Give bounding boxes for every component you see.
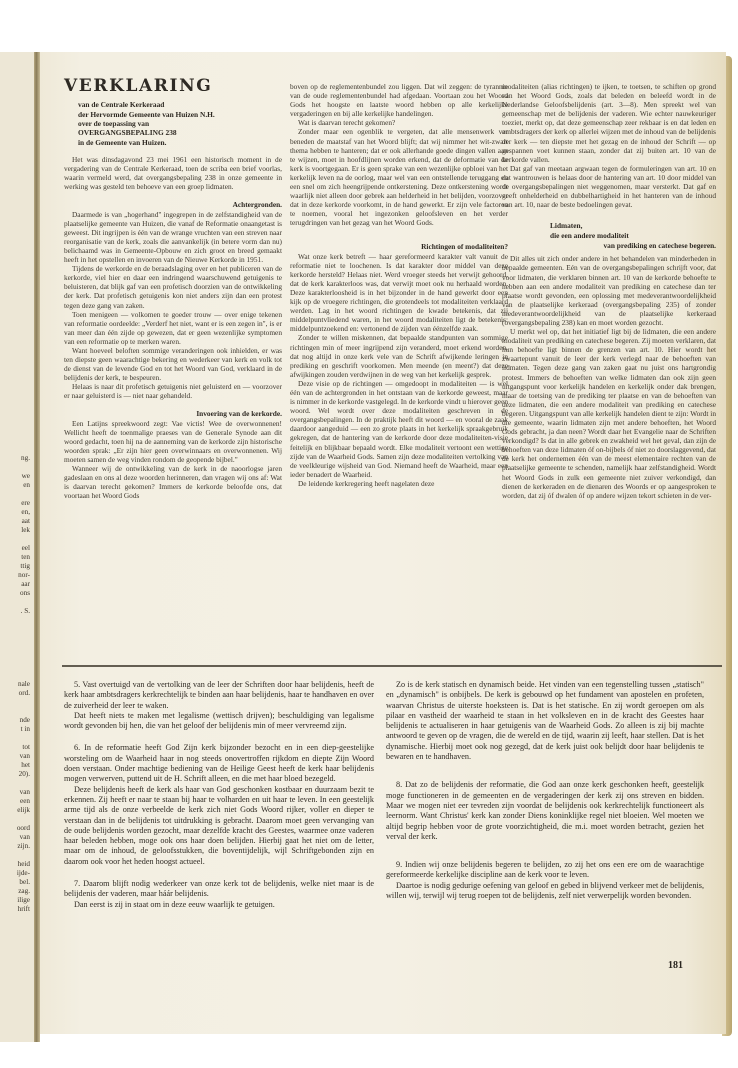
previous-page-edge: ng. we en ere en, aat lek eel ten ttig n… [0,52,35,1042]
section-heading: Invoering van de kerkorde. [64,409,282,418]
paragraph: Dan eerst is zij in staat om in deze eeu… [64,900,374,910]
declaration-column-right: Zo is de kerk statisch en dynamisch beid… [386,680,704,901]
previous-page-text-upper: ng. we en ere en, aat lek eel ten ttig n… [18,454,30,616]
paragraph: Zonder te willen miskennen, dat bepaalde… [290,333,508,378]
page-number: 181 [668,960,683,971]
article-column-3: modaliteiten (alias richtingen) te ijken… [502,82,716,500]
previous-page-text-lower: nale ord. nde t in tot van het 20). van … [17,680,30,914]
intro-line: in de Gemeente van Huizen. [78,138,282,147]
paragraph: Een Latijns spreekwoord zegt: Vae victis… [64,419,282,464]
paragraph: boven op de reglementenbundel zou liggen… [290,82,508,118]
intro-line: der Hervormde Gemeente van Huizen N.H. [78,110,282,119]
paragraph: Zo is de kerk statisch en dynamisch beid… [386,680,704,762]
section-heading: Achtergronden. [64,200,282,209]
paragraph: Het was dinsdagavond 23 mei 1961 een his… [64,155,282,191]
paragraph: modaliteiten (alias richtingen) te ijken… [502,82,716,164]
numbered-point-8: 8. Dat zo de belijdenis der reformatie, … [386,780,704,842]
paragraph: Want hoeveel beloften sommige veranderin… [64,346,282,382]
paragraph: Zonder maar een ogenblik te vergeten, da… [290,127,508,227]
section-divider [62,665,722,667]
declaration-column-left: 5. Vast overtuigd van de vertolking van … [64,680,374,910]
intro-line: OVERGANGSBEPALING 238 [78,128,282,137]
paragraph: Daarmede is van „hogerhand" ingegrepen i… [64,210,282,265]
paragraph: Wat is daarvan terecht gekomen? [290,118,508,127]
paragraph: Dit alles uit zich onder andere in het b… [502,254,716,327]
paragraph: Deze belijdenis heeft de kerk als haar v… [64,785,374,867]
paragraph: Helaas is naar dit profetisch getuigenis… [64,382,282,400]
numbered-point-5: 5. Vast overtuigd van de vertolking van … [64,680,374,711]
heading-line: van prediking en catechese begeren. [550,241,716,251]
paragraph: Dat gaf van meetaan argwaan tegen de for… [502,164,716,209]
article-title: VERKLARING [64,82,282,91]
heading-line: die een andere modaliteit [550,231,716,241]
numbered-point-9: 9. Indien wij onze belijdenis begeren te… [386,860,704,881]
paragraph: Wat onze kerk betreft — haar gereformeer… [290,252,508,334]
article-column-1: VERKLARING van de Centrale Kerkeraad der… [64,82,282,501]
paragraph: U merkt wel op, dat het initiatief ligt … [502,327,716,500]
section-heading: Richtingen of modaliteiten? [290,242,508,251]
paragraph: De leidende kerkregering heeft nagelaten… [290,479,508,488]
paragraph: Dat heeft niets te maken met legalisme (… [64,711,374,732]
paragraph: Tijdens de werkorde en de beraadslaging … [64,264,282,309]
article-column-2: boven op de reglementenbundel zou liggen… [290,82,508,488]
paragraph: Wanneer wij de ontwikkeling van de kerk … [64,464,282,500]
numbered-point-7: 7. Daarom blijft nodig wederkeer van onz… [64,879,374,900]
section-heading: Lidmaten, die een andere modaliteit van … [550,221,716,251]
numbered-point-6: 6. In de reformatie heeft God Zijn kerk … [64,743,374,784]
intro-line: van de Centrale Kerkeraad [78,100,282,109]
article-intro: van de Centrale Kerkeraad der Hervormde … [64,100,282,147]
intro-line: over de toepassing van [78,119,282,128]
paragraph: Deze visie op de richtingen — omgedoopt … [290,379,508,479]
paragraph: Daartoe is nodig gedurige oefening van g… [386,881,704,902]
document-page: VERKLARING van de Centrale Kerkeraad der… [40,52,726,1034]
heading-line: Lidmaten, [550,221,716,231]
paragraph: Toen menigeen — volkomen te goeder trouw… [64,310,282,346]
